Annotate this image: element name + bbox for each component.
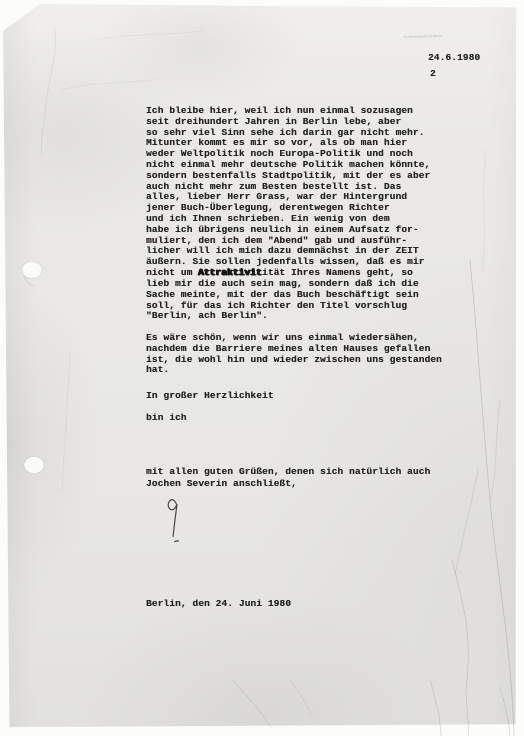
closing-greetings: mit allen guten Grüßen, denen sich natür… [146,466,430,489]
overstrike-suffix: ität Ihres Namens geht, so [262,267,413,278]
paragraph-1-part-1: Ich bleibe hier, weil ich nun einmal soz… [146,106,430,268]
closing-bin-ich: bin ich [146,413,187,424]
page-number: 2 [430,69,436,80]
place-date-line: Berlin, den 24. Juni 1980 [146,599,291,610]
paragraph-2: Es wäre schön, wenn wir uns einmal wiede… [146,333,442,376]
paragraph-1-part-2: lieb mir die auch sein mag, sondern daß … [146,279,419,322]
overstrike-prefix: nicht um [146,267,198,278]
closing-salutation: In großer Herzlichkeit [146,391,274,402]
overstruck-word: Attraktivit [198,267,262,278]
letter-date: 24.6.1980 [428,53,480,64]
scanned-letter-page: 24.6.1980 2 Ich bleibe hier, weil ich nu… [0,0,524,736]
